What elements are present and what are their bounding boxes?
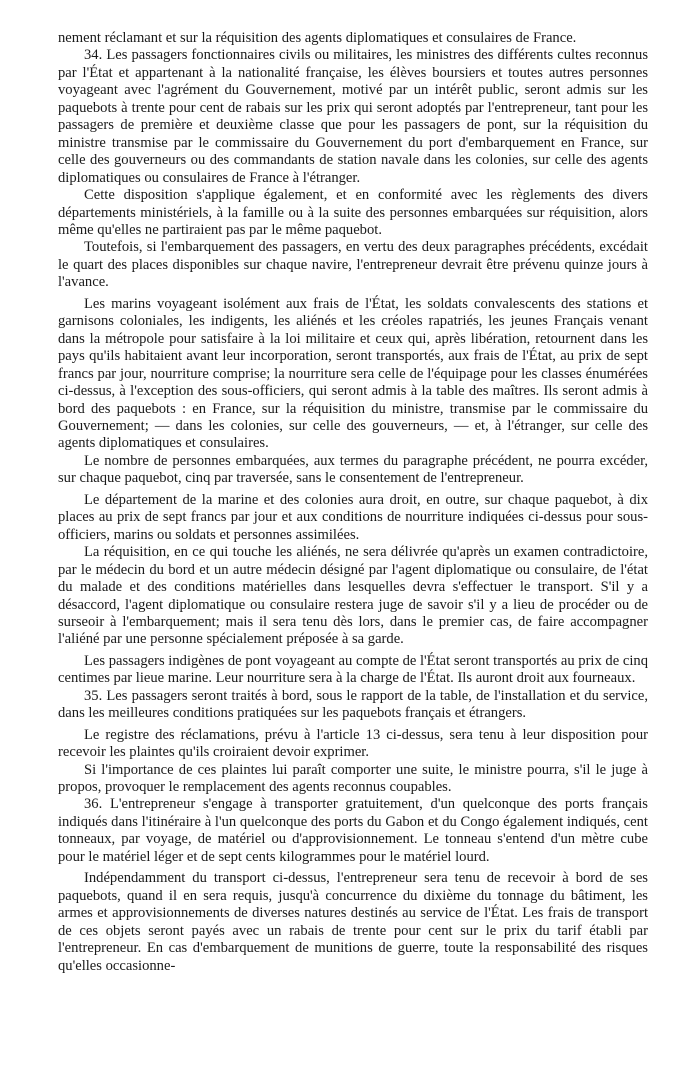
- paragraph-text: Cette disposition s'applique également, …: [58, 187, 648, 238]
- paragraph-requisition: La réquisition, en ce qui touche les ali…: [58, 544, 648, 649]
- paragraph-text: Indépendamment du transport ci-dessus, l…: [58, 870, 648, 973]
- paragraph-article-36: 36. L'entrepreneur s'engage à transporte…: [58, 796, 648, 866]
- paragraph-text: Si l'importance de ces plaintes lui para…: [58, 762, 648, 795]
- paragraph-toutefois: Toutefois, si l'embarquement des passage…: [58, 239, 648, 291]
- paragraph-text: Le registre des réclamations, prévu à l'…: [58, 727, 648, 760]
- paragraph-disposition: Cette disposition s'applique également, …: [58, 187, 648, 239]
- paragraph-independamment: Indépendamment du transport ci-dessus, l…: [58, 870, 648, 975]
- paragraph-text: Le département de la marine et des colon…: [58, 492, 648, 543]
- paragraph-article-34: 34. Les passagers fonctionnaires civils …: [58, 47, 648, 187]
- paragraph-article-35: 35. Les passagers seront traités à bord,…: [58, 688, 648, 723]
- paragraph-text: Toutefois, si l'embarquement des passage…: [58, 239, 648, 290]
- paragraph-continuation: nement réclamant et sur la réquisition d…: [58, 30, 648, 47]
- article-number: 35.: [84, 688, 102, 704]
- paragraph-text: L'entrepreneur s'engage à transporter gr…: [58, 796, 648, 864]
- paragraph-importance: Si l'importance de ces plaintes lui para…: [58, 762, 648, 797]
- paragraph-text: Les marins voyageant isolément aux frais…: [58, 296, 648, 452]
- paragraph-text: Le nombre de personnes embarquées, aux t…: [58, 453, 648, 486]
- paragraph-text: nement réclamant et sur la réquisition d…: [58, 30, 576, 46]
- paragraph-departement: Le département de la marine et des colon…: [58, 492, 648, 544]
- paragraph-text: Les passagers indigènes de pont voyagean…: [58, 653, 648, 686]
- paragraph-indigenes: Les passagers indigènes de pont voyagean…: [58, 653, 648, 688]
- paragraph-marins: Les marins voyageant isolément aux frais…: [58, 296, 648, 453]
- paragraph-text: La réquisition, en ce qui touche les ali…: [58, 544, 648, 647]
- paragraph-text: Les passagers seront traités à bord, sou…: [58, 688, 648, 721]
- article-number: 36.: [84, 796, 102, 812]
- paragraph-text: Les passagers fonctionnaires civils ou m…: [58, 47, 648, 185]
- paragraph-registre: Le registre des réclamations, prévu à l'…: [58, 727, 648, 762]
- article-number: 34.: [84, 47, 102, 63]
- document-page: nement réclamant et sur la réquisition d…: [58, 30, 648, 975]
- paragraph-nombre: Le nombre de personnes embarquées, aux t…: [58, 453, 648, 488]
